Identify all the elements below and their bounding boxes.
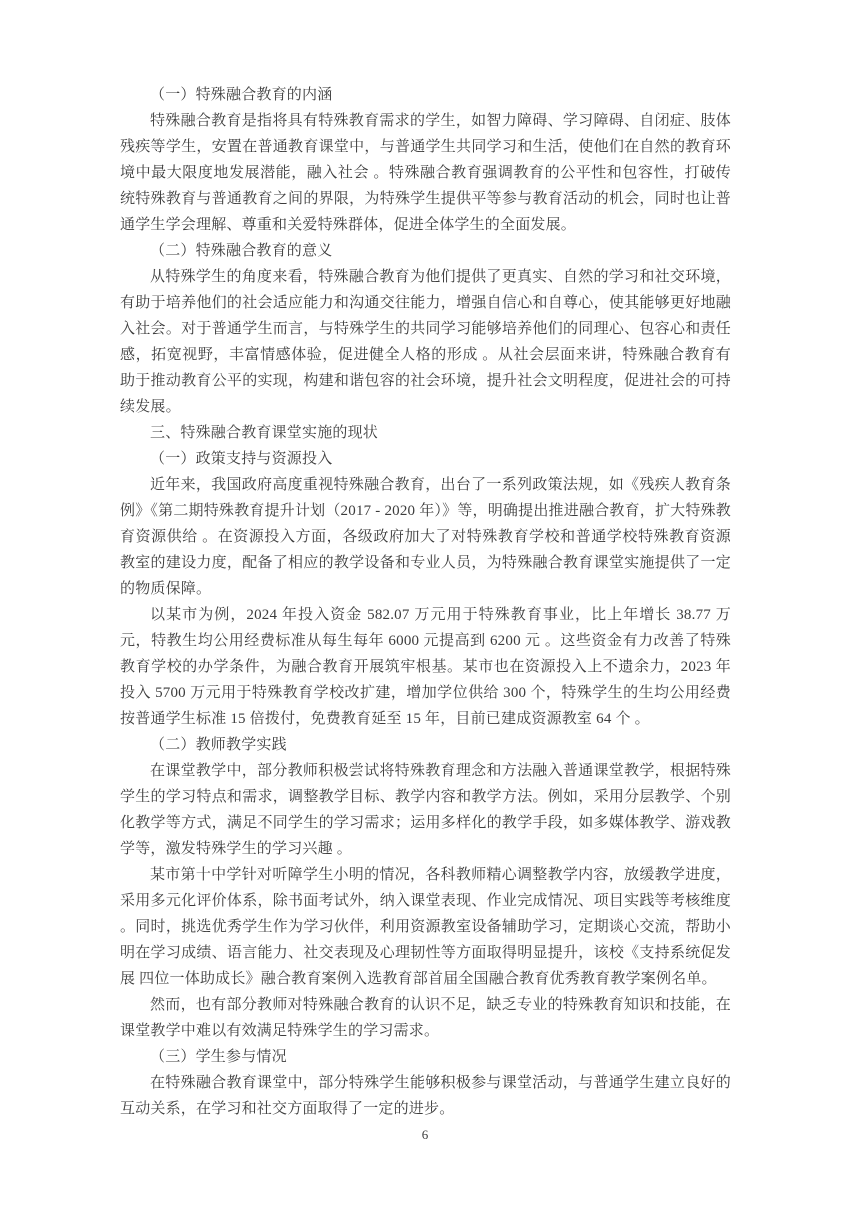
paragraph: 近年来，我国政府高度重视特殊融合教育，出台了一系列政策法规，如《残疾人教育条例》… — [120, 472, 731, 602]
paragraph: 然而，也有部分教师对特殊融合教育的认识不足，缺乏专业的特殊教育知识和技能，在课堂… — [120, 992, 731, 1044]
paragraph: 特殊融合教育是指将具有特殊教育需求的学生，如智力障碍、学习障碍、自闭症、肢体残疾… — [120, 108, 731, 238]
section-heading: 三、特殊融合教育课堂实施的现状 — [120, 420, 731, 446]
document-body: （一）特殊融合教育的内涵 特殊融合教育是指将具有特殊教育需求的学生，如智力障碍、… — [120, 82, 731, 1122]
section-heading: （一）政策支持与资源投入 — [120, 446, 731, 472]
section-heading: （三）学生参与情况 — [120, 1044, 731, 1070]
page-number: 6 — [422, 1127, 429, 1142]
section-heading: （一）特殊融合教育的内涵 — [120, 82, 731, 108]
section-heading: （二）教师教学实践 — [120, 732, 731, 758]
paragraph: 在课堂教学中，部分教师积极尝试将特殊教育理念和方法融入普通课堂教学，根据特殊学生… — [120, 758, 731, 862]
paragraph: 以某市为例，2024 年投入资金 582.07 万元用于特殊教育事业，比上年增长… — [120, 602, 731, 732]
document-page: （一）特殊融合教育的内涵 特殊融合教育是指将具有特殊教育需求的学生，如智力障碍、… — [0, 0, 850, 1205]
paragraph: 某市第十中学针对听障学生小明的情况，各科教师精心调整教学内容，放缓教学进度，采用… — [120, 862, 731, 992]
page-footer: 6 — [0, 1122, 850, 1148]
paragraph: 从特殊学生的角度来看，特殊融合教育为他们提供了更真实、自然的学习和社交环境，有助… — [120, 264, 731, 420]
paragraph: 在特殊融合教育课堂中，部分特殊学生能够积极参与课堂活动，与普通学生建立良好的互动… — [120, 1070, 731, 1122]
section-heading: （二）特殊融合教育的意义 — [120, 238, 731, 264]
